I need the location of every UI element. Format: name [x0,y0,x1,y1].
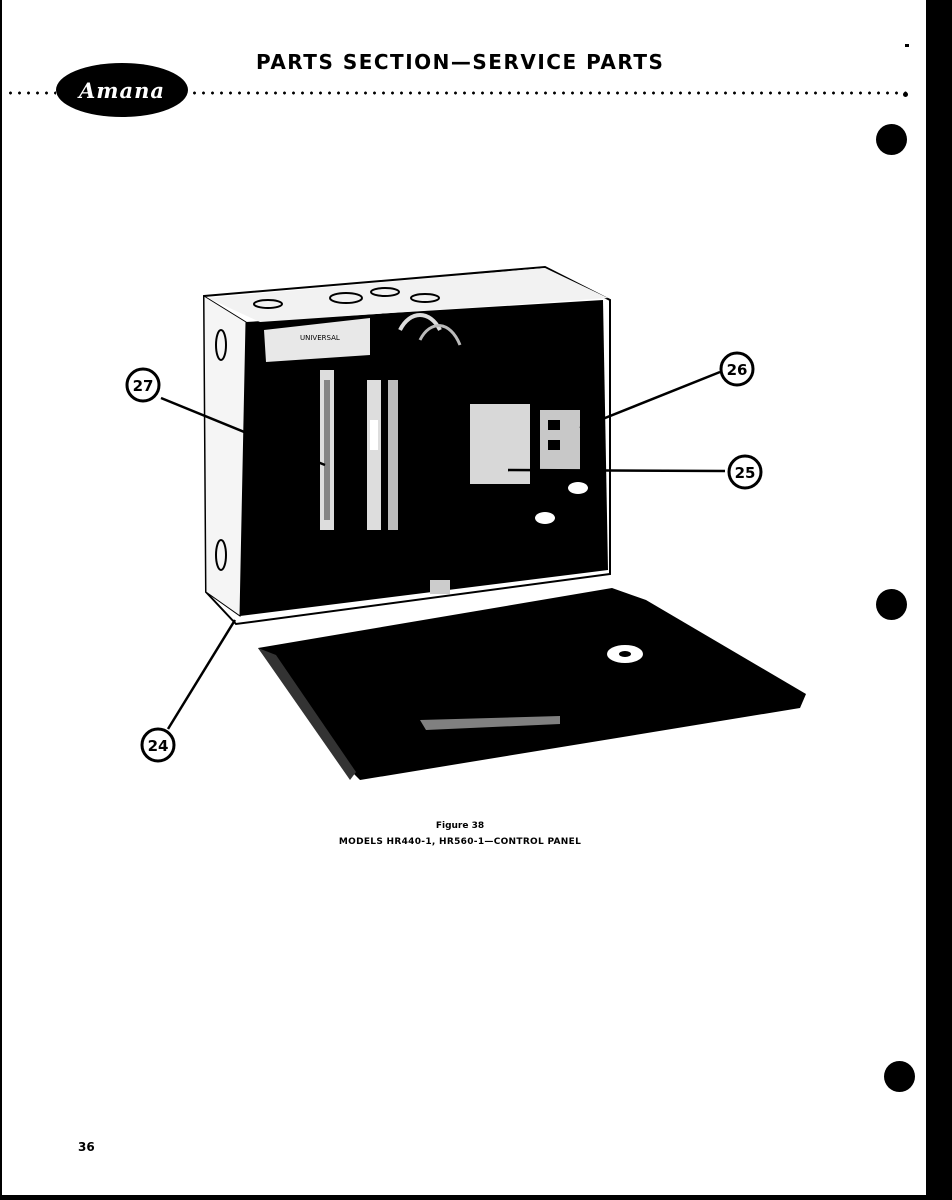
leader-24 [168,620,235,729]
binder-hole-bottom-icon [884,1061,915,1092]
callout-25: 25 [729,456,761,488]
figure-label: Figure 38 [300,821,620,831]
callout-27: 27 [127,369,159,401]
scan-border-bottom [0,1195,930,1200]
control-panel-figure: UNIVERSAL 27 26 25 24 [0,0,952,800]
figure-caption: MODELS HR440-1, HR560-1—CONTROL PANEL [300,837,620,847]
leader-25 [508,470,725,471]
svg-text:UNIVERSAL: UNIVERSAL [300,334,340,342]
svg-text:24: 24 [148,737,169,755]
callout-26: 26 [721,353,753,385]
svg-text:27: 27 [133,377,154,395]
svg-text:25: 25 [735,464,756,482]
callout-24: 24 [142,729,174,761]
page-number: 36 [78,1140,95,1154]
svg-text:26: 26 [727,361,748,379]
